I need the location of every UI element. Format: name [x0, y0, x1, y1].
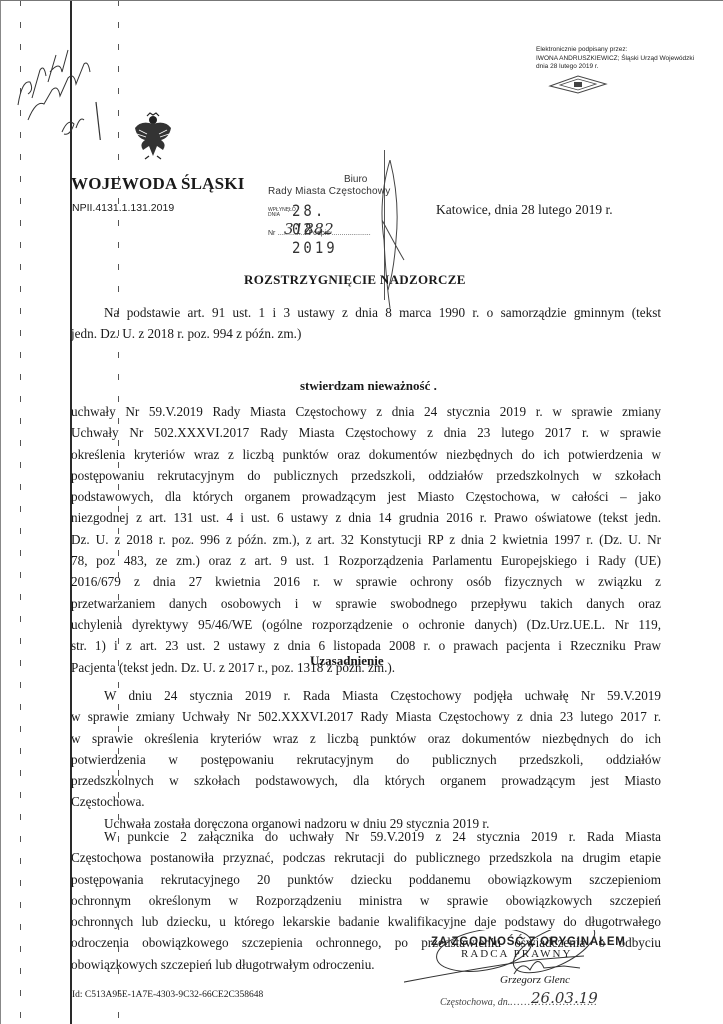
reference-number: NPII.4131.1.131.2019: [72, 202, 174, 214]
justification-paragraph-1: W dniu 24 stycznia 2019 r. Rada Miasta C…: [71, 685, 661, 834]
text-line: ochronnym określonym w Rozporządzeniu mi…: [71, 890, 661, 911]
text-line: określenia kryteriów wraz z liczbą punkt…: [71, 444, 661, 465]
text-line: jedn. Dz. U. z 2018 r. poz. 994 z późn. …: [71, 323, 661, 344]
esig-signer: IWONA ANDRUSZKIEWICZ; Śląski Urząd Wojew…: [536, 55, 694, 64]
issuer-heading: WOJEWODA ŚLĄSKI: [71, 174, 245, 194]
text-line: podstawowych, dla których organem prowad…: [71, 486, 661, 507]
text-line-content: W dniu 24 stycznia 2019 r. Rada Miasta C…: [104, 688, 661, 703]
document-title-text: ROZSTRZYGNIĘCIE NADZORCZE: [244, 272, 466, 288]
text-line: Częstochowa postanowiła przyznać, podcza…: [71, 847, 661, 868]
handwritten-margin-note: [10, 20, 105, 140]
text-line: uchylenia dyrektywy 95/46/WE (ogólne roz…: [71, 614, 661, 635]
polish-eagle-emblem-icon: [133, 112, 173, 160]
text-line: w sprawie zmiany Uchwały Nr 502.XXXVI.20…: [71, 706, 661, 727]
stamp-received-label: WPŁYNĘŁO DNIA: [268, 208, 282, 218]
esig-date: dnia 28 lutego 2019 r.: [536, 63, 694, 72]
text-line: W dniu 24 stycznia 2019 r. Rada Miasta C…: [71, 685, 661, 706]
text-line-content: W punkcie 2 załącznika do uchwały Nr 59.…: [104, 829, 661, 844]
text-line: uchwały Nr 59.V.2019 Rady Miasta Częstoc…: [71, 401, 661, 422]
esig-line: Elektronicznie podpisany przez:: [536, 46, 694, 55]
text-line: niezgodnej z art. 131 ust. 4 i ust. 6 us…: [71, 507, 661, 528]
justification-heading: Uzasadnienie: [310, 653, 460, 669]
legal-basis-paragraph: Na podstawie art. 91 ust. 1 i 3 ustawy z…: [71, 302, 661, 345]
decision-paragraph: uchwały Nr 59.V.2019 Rady Miasta Częstoc…: [71, 401, 661, 678]
place-and-date: Katowice, dnia 28 lutego 2019 r.: [436, 202, 613, 218]
electronic-signature-block: Elektronicznie podpisany przez: IWONA AN…: [536, 46, 694, 72]
text-line: przetwarzaniem danych osobowych i w spra…: [71, 593, 661, 614]
esig-logo-icon: [548, 74, 608, 94]
certification-line2: RADCA PRAWNY: [431, 948, 626, 960]
scan-edge-line: [0, 0, 1, 1024]
certification-stamp: ZA ZGODNOŚĆ Z ORYGINAŁEM RADCA PRAWNY: [431, 936, 626, 960]
text-line: Uchwały Nr 502.XXXVI.2017 Rady Miasta Cz…: [71, 422, 661, 443]
text-line: 2016/679 z dnia 27 kwietnia 2016 r. w sp…: [71, 571, 661, 592]
text-line: w sprawie określenia kryteriów wraz z li…: [71, 728, 661, 749]
text-line: Częstochowa.: [71, 791, 661, 812]
text-line: 78, poz 483, ze zm.) oraz z art. 9 ust. …: [71, 550, 661, 571]
decision-heading: stwierdzam nieważność .: [300, 378, 500, 394]
scan-dash-line: [20, 0, 21, 1024]
stamp-nr-signature-line: Nr ............... Podpis ..............…: [268, 230, 371, 237]
text-line: potwierdzenia w postępowaniu rekrutacyjn…: [71, 749, 661, 770]
stamp-office-line1: Biuro: [344, 174, 367, 185]
place-label-text: Częstochowa, dn.: [440, 997, 510, 1008]
certification-line1: ZA ZGODNOŚĆ Z ORYGINAŁEM: [431, 936, 626, 948]
text-line-content: Na podstawie art. 91 ust. 1 i 3 ustawy z…: [104, 305, 661, 320]
text-line: W punkcie 2 załącznika do uchwały Nr 59.…: [71, 826, 661, 847]
text-line: przedszkolnych w szkołach podstawowych, …: [71, 770, 661, 791]
text-line: Dz. U. z 2018 r. poz. 996 z późn. zm.), …: [71, 529, 661, 550]
certification-signer: Grzegorz Glenc: [500, 974, 570, 986]
text-line: Na podstawie art. 91 ust. 1 i 3 ustawy z…: [71, 302, 661, 323]
document-id: Id: C513A95E-1A7E-4303-9C32-66CE2C358648: [72, 990, 263, 1000]
text-line: postępowania rekrutacyjnego 20 punktów d…: [71, 869, 661, 890]
text-line: postępowaniu rekrutacyjnym do publicznyc…: [71, 465, 661, 486]
document-title: ROZSTRZYGNIĘCIE NADZORCZE: [244, 272, 544, 288]
scan-top-edge: [0, 0, 723, 1]
certification-handwritten-date: 26.03.19: [531, 989, 598, 1007]
